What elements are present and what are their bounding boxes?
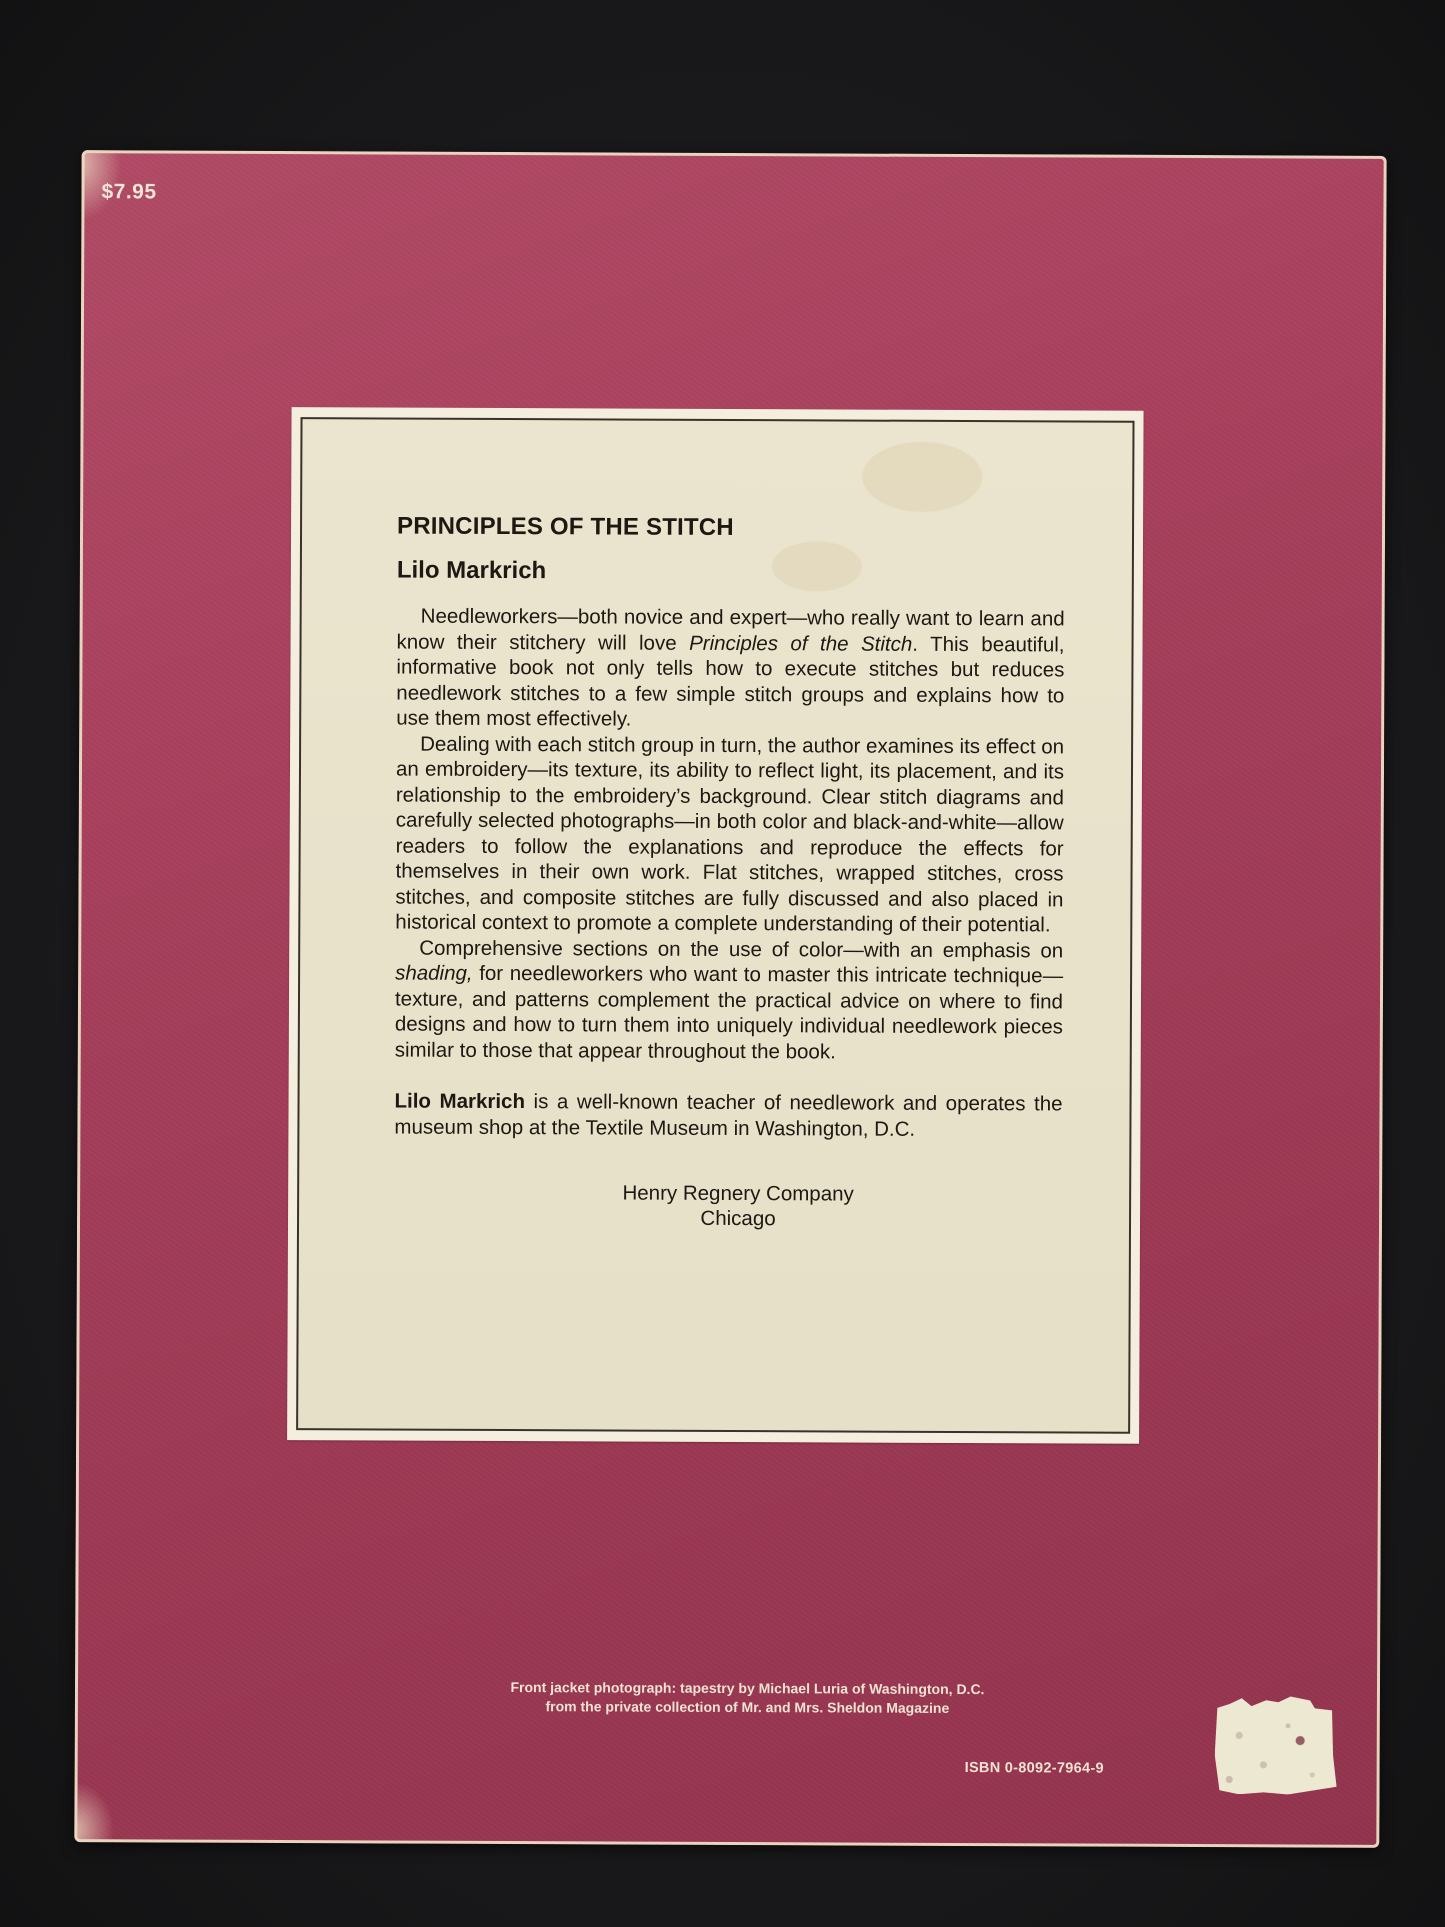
description-paragraph-1: Needleworkers—both novice and expert—who… — [396, 604, 1065, 734]
description-paragraph-2: Dealing with each stitch group in turn, … — [395, 731, 1064, 938]
label-frame: PRINCIPLES OF THE STITCH Lilo Markrich N… — [296, 417, 1134, 1434]
corner-wear-bottom-left — [74, 1782, 114, 1842]
book-author: Lilo Markrich — [397, 557, 1065, 588]
emphasis-italic: shading, — [395, 962, 473, 985]
torn-sticker — [1215, 1696, 1337, 1795]
publisher-name: Henry Regnery Company — [414, 1180, 1062, 1208]
book-back-cover: $7.95 PRINCIPLES OF THE STITCH Lilo Mark… — [74, 150, 1386, 1848]
author-bio: Lilo Markrich is a well-known teacher of… — [394, 1089, 1062, 1143]
book-title: PRINCIPLES OF THE STITCH — [397, 513, 1065, 544]
publisher-city: Chicago — [414, 1205, 1062, 1233]
isbn-number: ISBN 0-8092-7964-9 — [965, 1760, 1104, 1777]
publisher-block: Henry Regnery Company Chicago — [394, 1180, 1062, 1233]
author-bio-name: Lilo Markrich — [395, 1090, 526, 1114]
label-content: PRINCIPLES OF THE STITCH Lilo Markrich N… — [394, 513, 1065, 1233]
description-paragraph-3: Comprehensive sections on the use of col… — [395, 935, 1064, 1065]
text-segment: for needleworkers who want to master thi… — [395, 962, 1063, 1063]
price-tag: $7.95 — [101, 180, 156, 204]
text-segment: Dealing with each stitch group in turn, … — [395, 732, 1064, 936]
text-segment: Comprehensive sections on the use of col… — [419, 936, 1063, 962]
description-label: PRINCIPLES OF THE STITCH Lilo Markrich N… — [287, 407, 1143, 1444]
paper-stain — [862, 442, 982, 513]
book-title-italic: Principles of the Stitch — [689, 631, 912, 655]
jacket-photo-credit: Front jacket photograph: tapestry by Mic… — [75, 1676, 1380, 1720]
